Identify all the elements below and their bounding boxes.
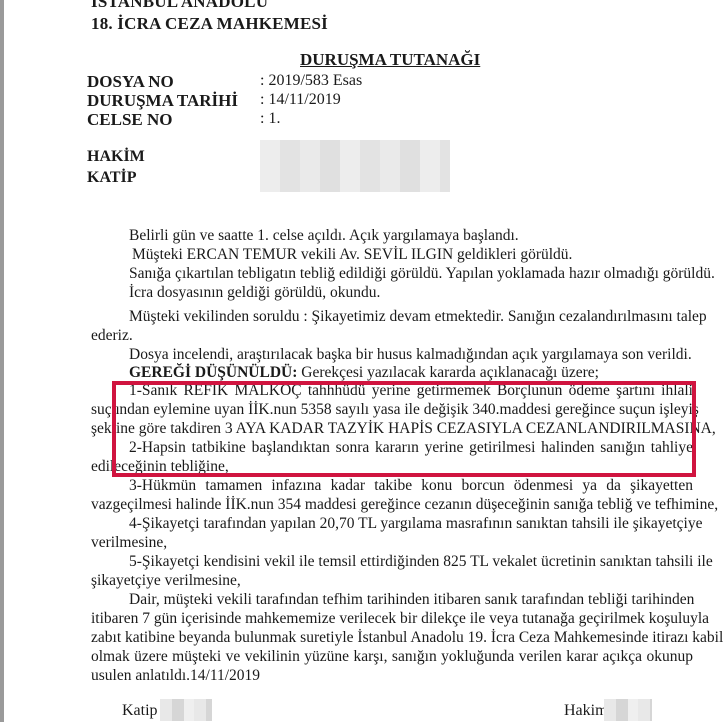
session-no-value: : 1. — [260, 110, 280, 128]
item-4-line1: 4-Şikayetçi tarafından yapılan 20,70 TL … — [129, 515, 702, 533]
paragraph-notification: Sanığa çıkartılan tebligatın tebliğ edil… — [129, 265, 715, 283]
hearing-date-label: DURUŞMA TARİHİ — [87, 91, 238, 111]
clerk-label: KATİP — [87, 169, 136, 187]
session-no-label: CELSE NO — [87, 110, 173, 130]
hearing-date-value: : 14/11/2019 — [260, 91, 341, 109]
paragraph-session-opened: Belirli gün ve saatte 1. celse açıldı. A… — [129, 227, 519, 245]
highlight-box — [112, 381, 696, 477]
court-name-line1: İSTANBUL ANADOLU — [91, 0, 268, 12]
decision-heading: GEREĞİ DÜŞÜNÜLDÜ: Gerekçesi yazılacak ka… — [129, 364, 599, 382]
paragraph-complainant-present: Müşteki ERCAN TEMUR vekili Av. SEVİL ILG… — [132, 246, 572, 264]
paragraph-complainant-statement: Müşteki vekilinden soruldu : Şikayetimiz… — [129, 308, 707, 326]
court-name-line2: 18. İCRA CEZA MAHKEMESİ — [91, 14, 328, 34]
item-3-line2: vazgeçilmesi halinde İİK.nun 354 maddesi… — [91, 496, 718, 514]
judge-signature-label: Hakim — [564, 702, 608, 720]
decision-intro: Gerekçesi yazılacak kararda açıklanacağı… — [297, 364, 599, 381]
redacted-names — [260, 140, 450, 192]
paragraph-trial-closed: Dosya incelendi, araştırılacak başka bir… — [129, 346, 692, 364]
judge-name-redacted — [604, 699, 652, 721]
page-edge — [0, 0, 4, 722]
judge-label: HAKİM — [87, 148, 145, 166]
item-4-line2: verilmesine, — [91, 534, 167, 552]
paragraph-file-received: İcra dosyasının geldiği görüldü, okundu. — [129, 284, 380, 302]
dair-line4: olmak üzere müşteki ve vekilinin yüzüne … — [91, 648, 693, 666]
clerk-name-redacted — [160, 699, 212, 721]
document-title: DURUŞMA TUTANAĞI — [300, 50, 480, 70]
dair-line5: usulen anlatıldı.14/11/2019 — [91, 667, 260, 685]
file-no-label: DOSYA NO — [87, 72, 174, 92]
dair-line2: itibaren 7 gün içerisinde mahkememize ve… — [91, 610, 693, 628]
item-5-line1: 5-Şikayetçi kendisini vekil ile temsil e… — [129, 553, 713, 571]
decision-label: GEREĞİ DÜŞÜNÜLDÜ: — [129, 364, 297, 381]
dair-line1: Dair, müşteki vekili tarafından tefhim t… — [129, 591, 693, 609]
file-no-value: : 2019/583 Esas — [260, 72, 362, 90]
dair-line3: zabıt katibine beyanda bulunmak suretiyl… — [91, 629, 693, 647]
item-3-line1: 3-Hükmün tamamen infazına kadar takibe k… — [129, 477, 693, 495]
item-5-line2: şikayetçiye verilmesine, — [91, 572, 241, 590]
paragraph-complainant-statement-cont: ederiz. — [91, 327, 133, 345]
